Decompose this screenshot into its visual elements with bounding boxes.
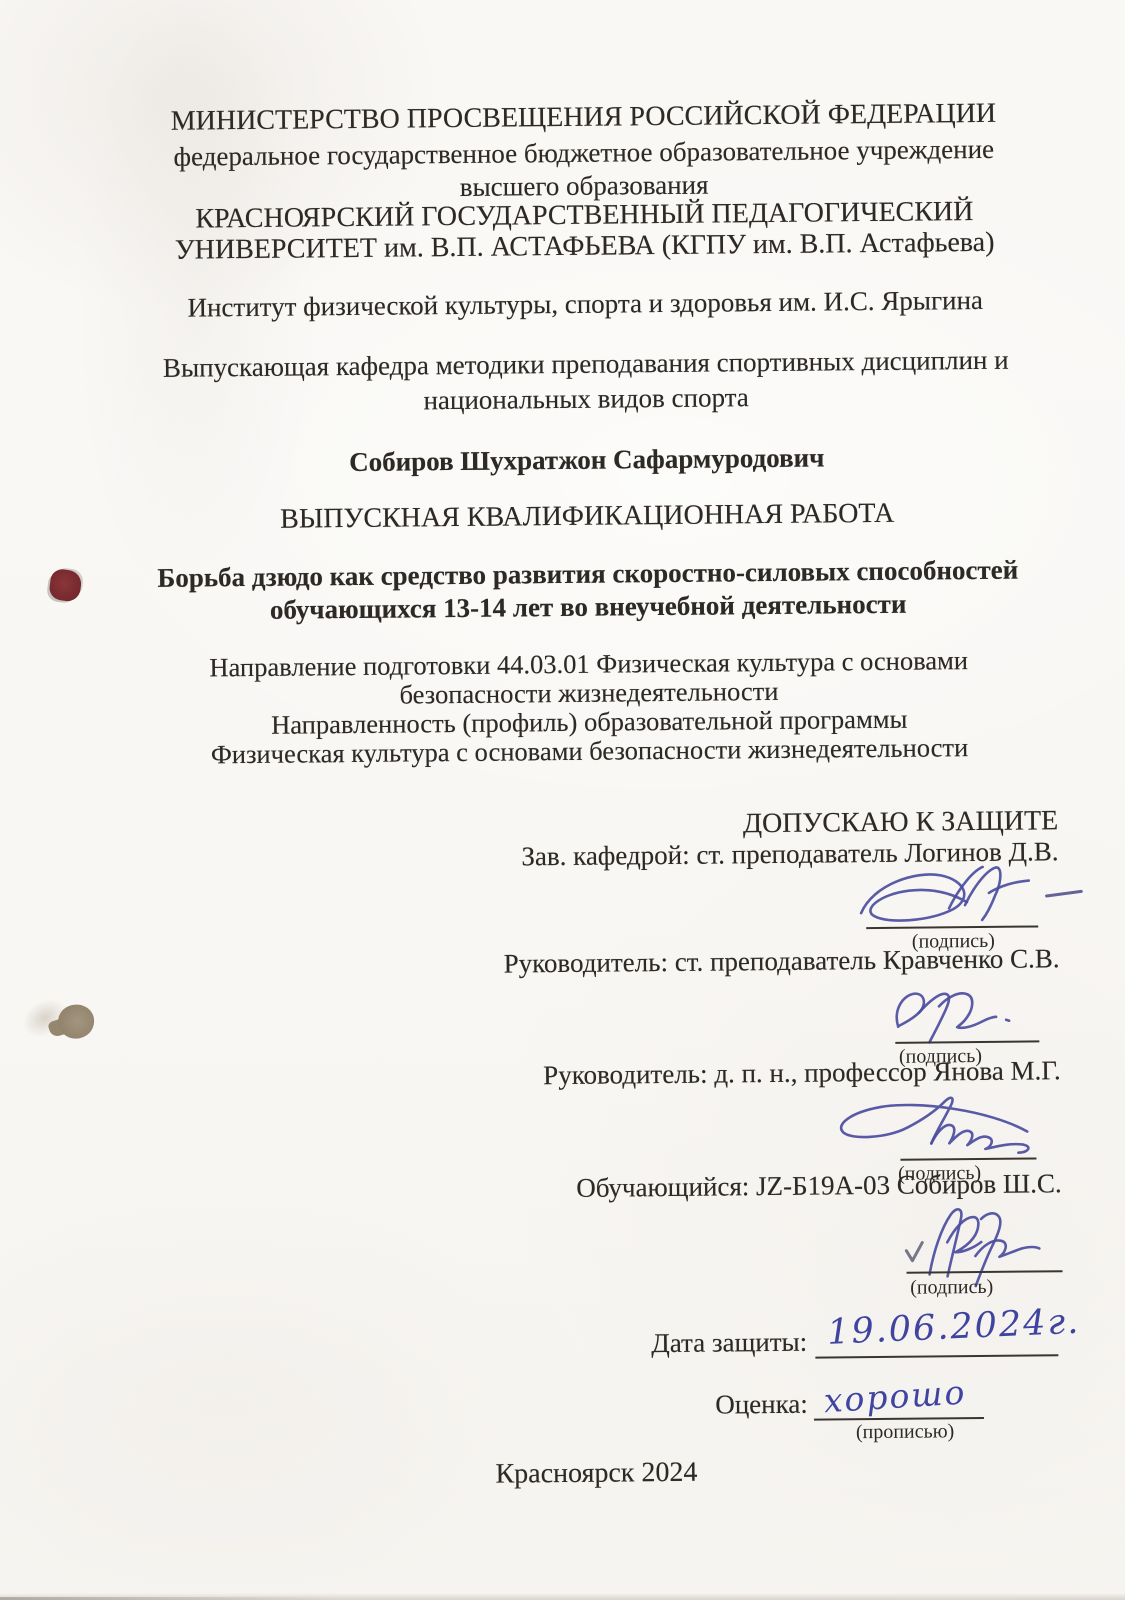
department-line-2: национальных видов спорта [106, 378, 1066, 420]
author-name: Собиров Шухратжон Сафармуродович [107, 439, 1067, 481]
city-year-line: Красноярск 2024 [116, 1452, 1076, 1495]
supervisor-kravchenko-line: Руководитель: ст. преподаватель Кравченк… [111, 942, 1059, 984]
defense-date-label: Дата защиты: [505, 1327, 807, 1361]
signature-loginov [853, 861, 1046, 929]
institute-line: Институт физической культуры, спорта и з… [105, 283, 1065, 325]
document-page: МИНИСТЕРСТВО ПРОСВЕЩЕНИЯ РОССИЙСКОЙ ФЕДЕ… [0, 0, 1125, 1600]
grade-label: Оценка: [506, 1389, 808, 1423]
signature-caption: (подпись) [882, 1276, 1022, 1300]
signature-kravchenko [888, 983, 1041, 1044]
red-seal-mark [48, 568, 83, 603]
signature-line-loginov [866, 925, 1038, 929]
work-type: ВЫПУСКНАЯ КВАЛИФИКАЦИОННАЯ РАБОТА [107, 495, 1067, 538]
defense-date-handwritten: 19.06.2024г. [826, 1302, 1081, 1353]
signature-yanova [825, 1091, 1040, 1163]
scanned-title-page: { "document": { "text_color": "#2d2a26",… [0, 0, 1125, 1600]
grade-handwritten: хорошо [823, 1372, 968, 1420]
defense-date-line [815, 1354, 1058, 1358]
pen-dash-mark [1045, 890, 1083, 898]
supervisor-yanova-line: Руководитель: д. п. н., профессор Янова … [113, 1054, 1061, 1096]
grade-caption: (прописью) [844, 1420, 966, 1444]
brown-stain-mark [58, 1005, 94, 1039]
